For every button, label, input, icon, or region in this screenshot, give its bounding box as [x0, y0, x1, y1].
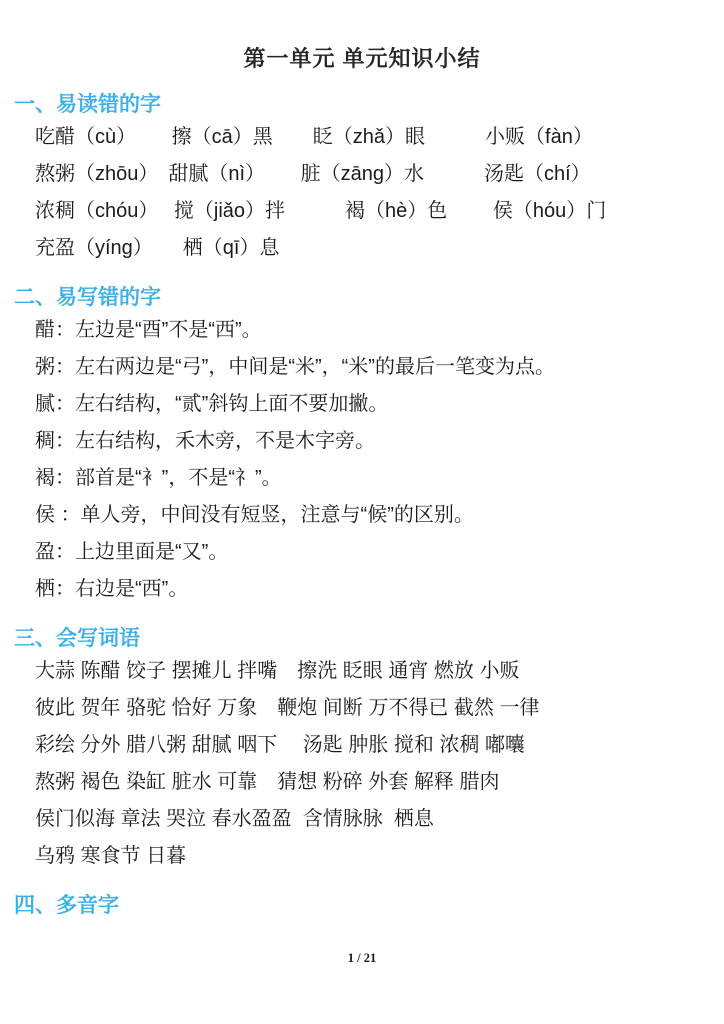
word-list-line: 侯门似海 章法 哭泣 春水盈盈 含情脉脉 栖息 — [35, 801, 714, 838]
note-line: 褐：部首是“衤”，不是“礻”。 — [35, 460, 714, 497]
note-line: 粥：左右两边是“弓”，中间是“米”，“米”的最后一笔变为点。 — [35, 349, 714, 386]
section-easy-to-miswrite: 二、易写错的字 醋：左边是“酉”不是“西”。 粥：左右两边是“弓”，中间是“米”… — [0, 283, 724, 608]
section-heading-4: 四、多音字 — [14, 891, 724, 920]
section-heading-3: 三、会写词语 — [14, 624, 724, 653]
note-line: 腻：左右结构，“贰”斜钩上面不要加撇。 — [35, 386, 714, 423]
page-number: 1 / 21 — [0, 951, 724, 966]
note-line: 侯 ：单人旁，中间没有短竖，注意与“候”的区别。 — [35, 497, 714, 534]
word-list-line: 乌鸦 寒食节 日暮 — [35, 838, 714, 875]
document-page: 第一单元 单元知识小结 一、易读错的字 吃醋（cù） 擦（cā）黑 眨（zhǎ）… — [0, 0, 724, 1024]
pinyin-line: 熬粥（zhōu） 甜腻（nì） 脏（zāng）水 汤匙（chí） — [35, 156, 714, 193]
note-line: 盈：上边里面是“又”。 — [35, 534, 714, 571]
section-words-to-write: 三、会写词语 大蒜 陈醋 饺子 摆摊儿 拌嘴 擦洗 眨眼 通宵 燃放 小贩 彼此… — [0, 624, 724, 875]
word-list-line: 彩绘 分外 腊八粥 甜腻 咽下 汤匙 肿胀 搅和 浓稠 嘟囔 — [35, 727, 714, 764]
word-list-line: 大蒜 陈醋 饺子 摆摊儿 拌嘴 擦洗 眨眼 通宵 燃放 小贩 — [35, 653, 714, 690]
page-title: 第一单元 单元知识小结 — [0, 44, 724, 74]
word-list-line: 熬粥 褐色 染缸 脏水 可靠 猜想 粉碎 外套 解释 腊肉 — [35, 764, 714, 801]
section-heading-1: 一、易读错的字 — [14, 90, 724, 119]
pinyin-line: 充盈（yíng） 栖（qī）息 — [35, 230, 714, 267]
pinyin-line: 浓稠（chóu） 搅（jiǎo）拌 褐（hè）色 侯（hóu）门 — [35, 193, 714, 230]
section-polyphonic-characters: 四、多音字 — [0, 891, 724, 920]
note-line: 醋：左边是“酉”不是“西”。 — [35, 312, 714, 349]
word-list-line: 彼此 贺年 骆驼 恰好 万象 鞭炮 间断 万不得已 截然 一律 — [35, 690, 714, 727]
note-line: 稠：左右结构，禾木旁，不是木字旁。 — [35, 423, 714, 460]
section-heading-2: 二、易写错的字 — [14, 283, 724, 312]
note-line: 栖：右边是“西”。 — [35, 571, 714, 608]
pinyin-line: 吃醋（cù） 擦（cā）黑 眨（zhǎ）眼 小贩（fàn） — [35, 119, 714, 156]
section-easy-to-misread: 一、易读错的字 吃醋（cù） 擦（cā）黑 眨（zhǎ）眼 小贩（fàn） 熬粥… — [0, 90, 724, 267]
